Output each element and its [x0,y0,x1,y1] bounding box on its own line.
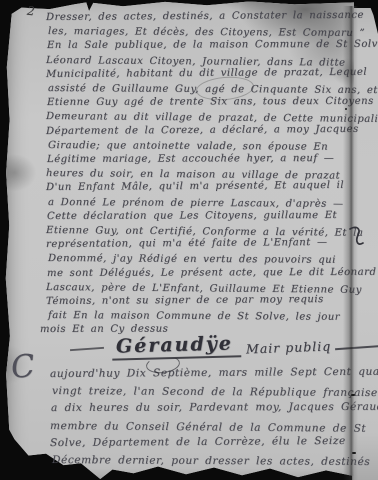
manuscript-line: Municipalité, habitant du dit village de… [46,66,350,82]
manuscript-line: Cette déclaration que Les Citoyens, guil… [47,209,351,224]
manuscript-line: Dresser, des actes, destinés, a Constate… [46,9,350,25]
manuscript-line: me sont Délégués, Le présent acte, que L… [47,266,351,281]
ink-speck [351,394,355,396]
manuscript-line: aujourd'huy Dix Septième, mars mille Sep… [50,364,352,383]
ink-speck [345,108,347,110]
signature-title: Mair publiq [246,339,332,357]
page-number-annotation: 2 [26,4,35,19]
signature-flourish-left [70,347,104,351]
official-signature: Géraudÿe [112,332,241,360]
manuscript-line: Légitime mariage, Est accouchée hyer, a … [47,152,351,167]
manuscript-line: Etienne Guy agé de trente Six ans, tous … [47,95,351,110]
manuscript-line: En la Sale publique, de la maison Commun… [47,38,351,53]
manuscript-line: Solve, Département de la Corrèze, élu le… [50,433,352,452]
manuscript-line: représentation, qui m'a été faite de L'E… [46,236,350,252]
signature-row: Géraudÿe Mair publiq [70,334,342,360]
manuscript-line: a dix heures du soir, Pardevant moy, Jac… [51,399,353,417]
manuscript-line: Département de la Coreze, a déclaré, a m… [46,123,350,139]
ink-speck [352,452,356,454]
manuscript-line: D'un Enfant Mâle, qu'il m'a présenté, Et… [46,179,350,195]
margin-letter-annotation: C [9,348,36,386]
ink-hook-mark [347,225,365,251]
scanned-register-page: 2 Dresser, des actes, destinés, a Consta… [0,0,378,480]
preamble-text-block: aujourd'huy Dix Septième, mars mille Sep… [50,366,352,469]
birth-act-text-block: Dresser, des actes, destinés, a Constate… [46,11,350,338]
manuscript-line: Décembre dernier, pour dresser les actes… [52,452,354,471]
manuscript-line: Témoins, n'ont su signer de ce par moy r… [46,293,350,309]
